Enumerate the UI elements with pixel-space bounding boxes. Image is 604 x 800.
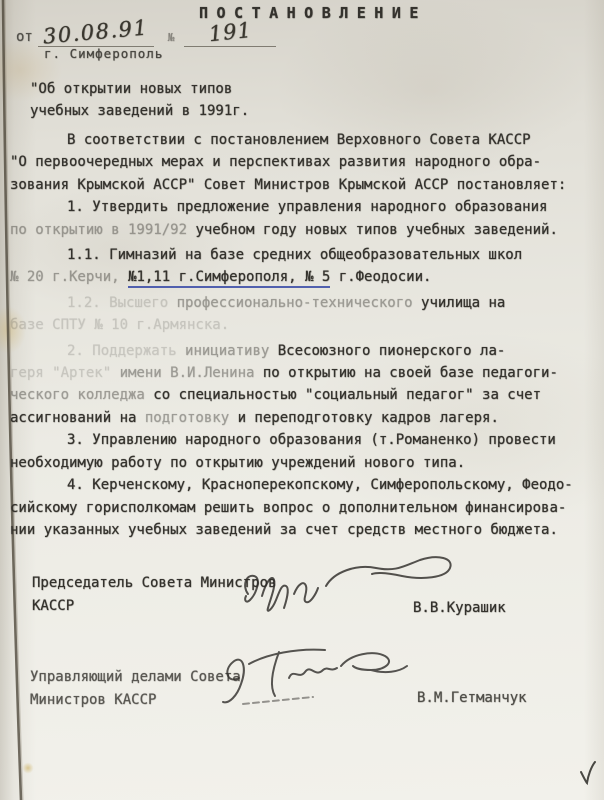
body-line: № 20 г.Керчи, №1,11 г.Симферополя, № 5 г… bbox=[10, 266, 600, 288]
body-text-segment: 1.1. Гимназий на базе средних общеобразо… bbox=[67, 247, 522, 263]
body-text-segment: г.Феодосии. bbox=[330, 269, 431, 285]
date-label: от bbox=[16, 29, 33, 45]
body-line: базе СПТУ № 10 г.Армянска. bbox=[10, 314, 600, 336]
body-text-segment: со специальностью "социальный педагог" з… bbox=[153, 387, 541, 403]
body-line: по открытию в 1991/92 учебном году новых… bbox=[10, 219, 600, 241]
body-text-segment: по открытию в 1991/92 bbox=[10, 222, 195, 238]
check-mark bbox=[578, 761, 598, 787]
body-line: сийскому горисполкомам решить вопрос о д… bbox=[10, 497, 600, 519]
body-text-segment: училища на bbox=[421, 295, 505, 311]
signature2-name: В.М.Гетманчук bbox=[417, 690, 527, 706]
handwritten-date: 30.08.91 bbox=[42, 15, 149, 48]
body-text-segment: необходимую работу по открытию учреждени… bbox=[10, 455, 465, 471]
body-line: необходимую работу по открытию учреждени… bbox=[10, 452, 600, 474]
number-label: № bbox=[168, 31, 175, 44]
handwritten-number: 191 bbox=[208, 18, 253, 46]
body-text-segment: учебном году новых типов учебных заведен… bbox=[195, 222, 557, 238]
signature2-role-line: Управляющий делами Совета bbox=[30, 666, 241, 689]
body-line: 1.1. Гимназий на базе средних общеобразо… bbox=[10, 244, 600, 266]
signature2-role: Управляющий делами Совета Министров КАСС… bbox=[30, 666, 241, 711]
date-underline: 30.08.91 bbox=[38, 22, 154, 47]
body-line: 1.2. Высшего профессионально-техническог… bbox=[10, 292, 600, 314]
body-text-segment: зования Крымской АССР" Совет Министров К… bbox=[10, 177, 566, 193]
body-text-segment: базе СПТУ № 10 г.Армянска. bbox=[10, 317, 229, 333]
subject-line: "Об открытии новых типов bbox=[30, 78, 249, 100]
subject-line: учебных заведений в 1991г. bbox=[30, 100, 249, 122]
body-text-segment: 1. Утвердить предложение управления наро… bbox=[67, 199, 547, 215]
body-line: зования Крымской АССР" Совет Министров К… bbox=[10, 174, 600, 196]
header-date-number-row: от30.08.91№191 bbox=[16, 22, 276, 47]
body-text-segment: 3. Управлению народного образования (т.Р… bbox=[67, 432, 556, 448]
body-text-segment: подготовку bbox=[145, 410, 238, 426]
body-text-segment: имени В.И.Ленина bbox=[120, 365, 263, 381]
place-line: г. Симферополь bbox=[44, 46, 163, 61]
blue-underlined-text: №1,11 г.Симферополя, № 5 bbox=[128, 269, 330, 288]
body-line: нии указанных учебных заведений за счет … bbox=[10, 519, 600, 541]
body-line: 4. Керченскому, Красноперекопскому, Симф… bbox=[10, 474, 600, 496]
body-line: "О первоочередных мерах и перспективах р… bbox=[10, 151, 600, 173]
body-text-segment: и переподготовку кадров лагеря. bbox=[238, 410, 499, 426]
body-text-segment: геря "Артек" bbox=[10, 365, 120, 381]
body-text-segment: Всесоюзного пионерского ла- bbox=[278, 343, 506, 359]
subject-block: "Об открытии новых типов учебных заведен… bbox=[30, 78, 249, 122]
body-line: ческого колледжа со специальностью "соци… bbox=[10, 384, 600, 406]
body-line: В соответствии с постановлением Верховно… bbox=[10, 129, 600, 151]
scanned-document-page: ПОСТАНОВЛЕНИЕ от30.08.91№191 г. Симфероп… bbox=[0, 0, 604, 800]
number-underline: 191 bbox=[184, 22, 276, 47]
body-line: ассигнований на подготовку и переподгото… bbox=[10, 407, 600, 429]
body-text-segment: В соответствии с постановлением Верховно… bbox=[67, 132, 531, 148]
body-line: 2. Поддержать инициативу Всесоюзного пио… bbox=[10, 340, 600, 362]
body-text-segment: инициативу bbox=[185, 343, 278, 359]
body-text-segment: 2. Поддержать bbox=[67, 343, 185, 359]
body-text-segment: нии указанных учебных заведений за счет … bbox=[10, 522, 558, 538]
body-text-segment: ассигнований на bbox=[10, 410, 145, 426]
signature1-name: В.В.Курашик bbox=[413, 600, 506, 616]
body-text-segment: ческого колледжа bbox=[10, 387, 153, 403]
signature2-role-line: Министров КАССР bbox=[30, 689, 241, 712]
body-text-segment: 4. Керченскому, Красноперекопскому, Симф… bbox=[67, 477, 573, 493]
body-line: геря "Артек" имени В.И.Ленина по открыти… bbox=[10, 362, 600, 384]
body-text-segment: 1.2. Высшего bbox=[67, 295, 177, 311]
signature2-autograph bbox=[213, 636, 413, 714]
body-text-segment: № 20 г.Керчи, bbox=[10, 269, 128, 285]
body-text: В соответствии с постановлением Верховно… bbox=[10, 129, 600, 541]
body-line: 1. Утвердить предложение управления наро… bbox=[10, 196, 600, 218]
body-text-segment: "О первоочередных мерах и перспективах р… bbox=[10, 154, 541, 170]
body-line: 3. Управлению народного образования (т.Р… bbox=[10, 429, 600, 451]
body-text-segment: по открытию на своей базе педагоги- bbox=[263, 365, 558, 381]
body-text-segment: сийскому горисполкомам решить вопрос о д… bbox=[10, 500, 566, 516]
body-text-segment: профессионально-технического bbox=[177, 295, 421, 311]
